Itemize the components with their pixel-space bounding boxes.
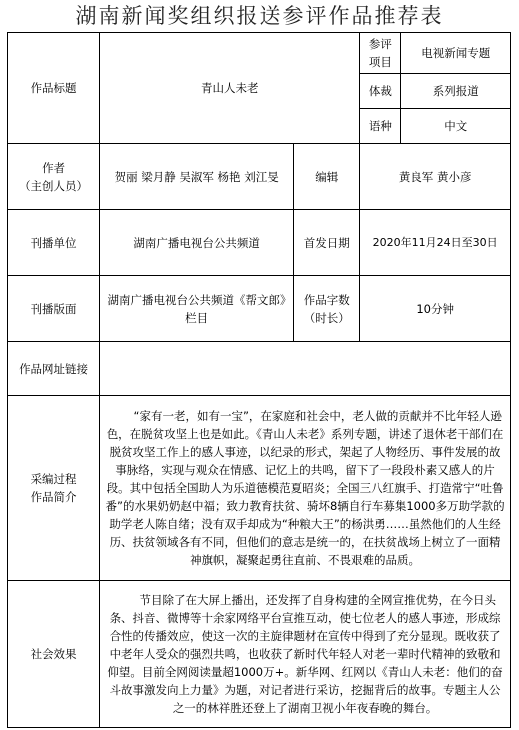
social-effect-label: 社会效果 xyxy=(8,581,100,728)
editors-value: 黄良军 黄小彦 xyxy=(360,144,511,210)
social-effect-text: 节目除了在大屏上播出，还发挥了自身构建的全网宣推优势，在今日头条、抖音、微博等十… xyxy=(104,591,506,717)
url-value xyxy=(100,342,511,396)
category-label: 参评项目 xyxy=(360,33,401,74)
publisher-label: 刊播单位 xyxy=(8,210,100,276)
language-value: 中文 xyxy=(401,109,511,144)
length-value: 10分钟 xyxy=(360,276,511,342)
category-value: 电视新闻专题 xyxy=(401,33,511,74)
authors-label: 作者 （主创人员） xyxy=(8,144,100,210)
summary-label: 采编过程 作品简介 xyxy=(8,396,100,581)
summary-text: “家有一老，如有一宝”，在家庭和社会中，老人做的贡献并不比年轻人逊色，在脱贫攻坚… xyxy=(104,407,506,569)
section-label: 刊播版面 xyxy=(8,276,100,342)
genre-label: 体裁 xyxy=(360,74,401,109)
first-release-value: 2020年11月24日至30日 xyxy=(360,210,511,276)
authors-label-line1: 作者 xyxy=(12,159,95,177)
summary-label-line1: 采编过程 xyxy=(12,470,95,488)
work-title-value: 青山人未老 xyxy=(100,33,360,144)
editors-label: 编辑 xyxy=(294,144,360,210)
length-label: 作品字数（时长） xyxy=(294,276,360,342)
section-value: 湖南广播电视台公共频道《帮文郎》栏目 xyxy=(100,276,294,342)
language-label: 语种 xyxy=(360,109,401,144)
url-label: 作品网址链接 xyxy=(8,342,100,396)
genre-value: 系列报道 xyxy=(401,74,511,109)
authors-label-line2: （主创人员） xyxy=(12,177,95,195)
social-effect-text-cell: 节目除了在大屏上播出，还发挥了自身构建的全网宣推优势，在今日头条、抖音、微博等十… xyxy=(100,581,511,728)
recommendation-form-table: 作品标题 青山人未老 参评项目 电视新闻专题 体裁 系列报道 语种 中文 作者 … xyxy=(7,32,511,728)
authors-value: 贺丽 梁月静 吴淑军 杨艳 刘江旻 xyxy=(100,144,294,210)
publisher-value: 湖南广播电视台公共频道 xyxy=(100,210,294,276)
work-title-label: 作品标题 xyxy=(8,33,100,144)
first-release-label: 首发日期 xyxy=(294,210,360,276)
summary-label-line2: 作品简介 xyxy=(12,488,95,506)
document-title: 湖南新闻奖组织报送参评作品推荐表 xyxy=(0,2,519,30)
summary-text-cell: “家有一老，如有一宝”，在家庭和社会中，老人做的贡献并不比年轻人逊色，在脱贫攻坚… xyxy=(100,396,511,581)
